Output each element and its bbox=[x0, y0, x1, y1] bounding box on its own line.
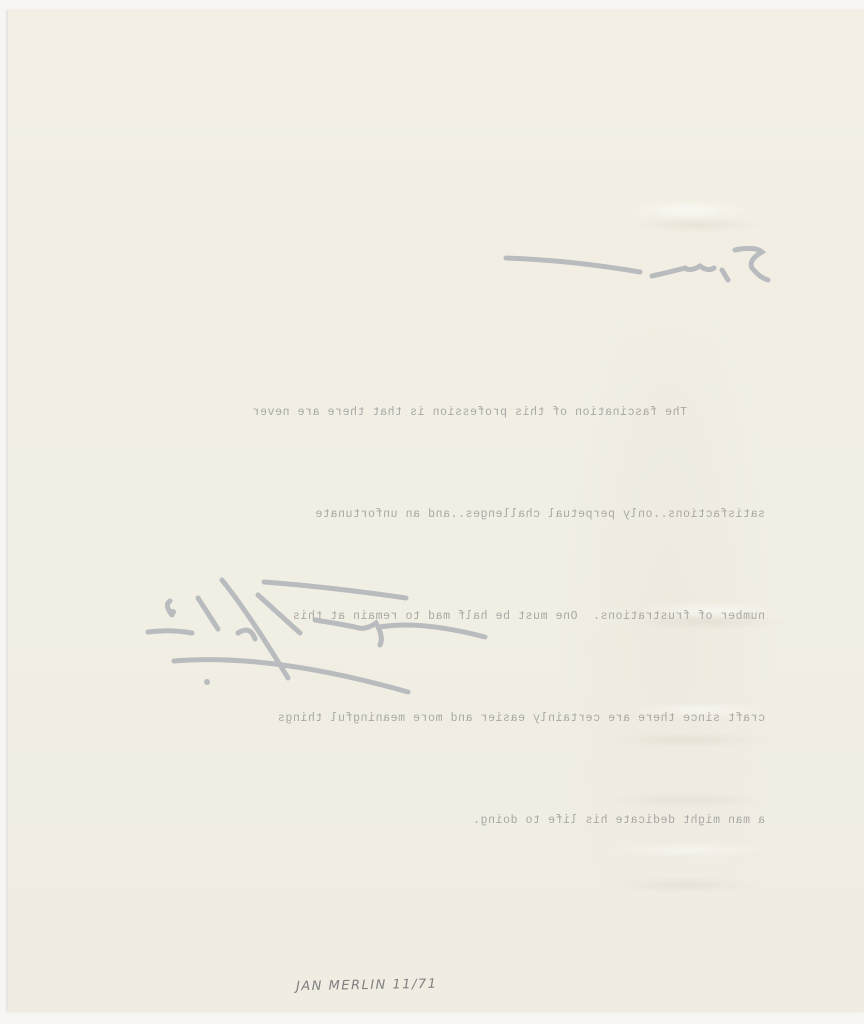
handwritten-salutation bbox=[500, 228, 780, 298]
pencil-annotation: JAN MERLIN 11/71 bbox=[296, 977, 438, 994]
body-line: The fascination of this profession is th… bbox=[195, 396, 765, 430]
body-line: craft since there are certainly easier a… bbox=[195, 702, 765, 736]
body-line: a man might dedicate his life to doing. bbox=[195, 804, 765, 838]
handwritten-signature bbox=[140, 565, 500, 705]
body-line: satisfactions..only perpetual challenges… bbox=[195, 498, 765, 532]
